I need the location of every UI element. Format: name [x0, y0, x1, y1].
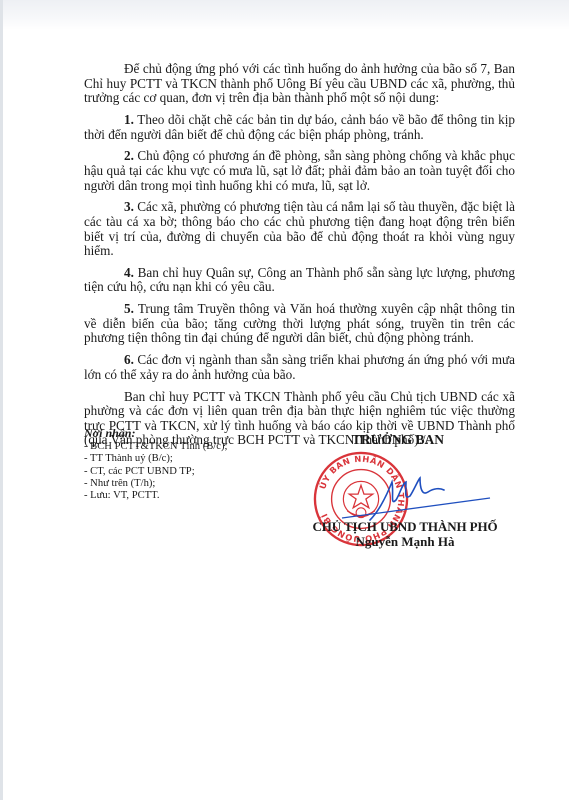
item-number: 6.	[124, 352, 134, 367]
item-number: 1.	[124, 112, 134, 127]
recipient-item: - BCH PCTT&TKCN Tỉnh (B/c);	[84, 441, 304, 453]
item-5: 5. Trung tâm Truyền thông và Văn hoá thư…	[84, 302, 515, 346]
item-text: Các xã, phường có phương tiện tàu cá nắm…	[84, 199, 515, 258]
item-2: 2. Chủ động có phương án đề phòng, sẵn s…	[84, 149, 515, 193]
item-3: 3. Các xã, phường có phương tiện tàu cá …	[84, 200, 515, 258]
signer-position: CHỦ TỊCH UBND THÀNH PHỐ	[300, 519, 510, 535]
item-number: 5.	[124, 301, 134, 316]
item-text: Ban chỉ huy Quân sự, Công an Thành phố s…	[84, 265, 515, 295]
item-text: Chủ động có phương án đề phòng, sẵn sàng…	[84, 148, 515, 192]
item-text: Các đơn vị ngành than sẵn sàng triển kha…	[84, 352, 515, 382]
scan-left-edge	[0, 0, 3, 800]
item-4: 4. Ban chỉ huy Quân sự, Công an Thành ph…	[84, 266, 515, 295]
recipients-list: - BCH PCTT&TKCN Tỉnh (B/c); - TT Thành u…	[84, 441, 304, 502]
item-1: 1. Theo dõi chặt chẽ các bản tin dự báo,…	[84, 113, 515, 142]
item-number: 2.	[124, 148, 134, 163]
signer-name: Nguyễn Mạnh Hà	[300, 534, 510, 550]
signer-title: TRƯỞNG BAN	[300, 432, 496, 448]
recipient-item: - Lưu: VT, PCTT.	[84, 490, 304, 502]
item-text: Theo dõi chặt chẽ các bản tin dự báo, cả…	[84, 112, 515, 142]
recipients-title: Nơi nhận:	[84, 427, 304, 439]
recipient-item: - CT, các PCT UBND TP;	[84, 466, 304, 478]
recipient-item: - Như trên (T/h);	[84, 478, 304, 490]
item-6: 6. Các đơn vị ngành than sẵn sàng triển …	[84, 353, 515, 382]
item-text: Trung tâm Truyền thông và Văn hoá thường…	[84, 301, 515, 345]
recipient-item: - TT Thành uỷ (B/c);	[84, 453, 304, 465]
item-number: 3.	[124, 199, 134, 214]
document-body: Để chủ động ứng phó với các tình huống d…	[84, 62, 515, 455]
recipients-block: Nơi nhận: - BCH PCTT&TKCN Tỉnh (B/c); - …	[84, 427, 304, 502]
intro-paragraph: Để chủ động ứng phó với các tình huống d…	[84, 62, 515, 106]
item-number: 4.	[124, 265, 134, 280]
scan-top-shadow	[0, 0, 569, 30]
